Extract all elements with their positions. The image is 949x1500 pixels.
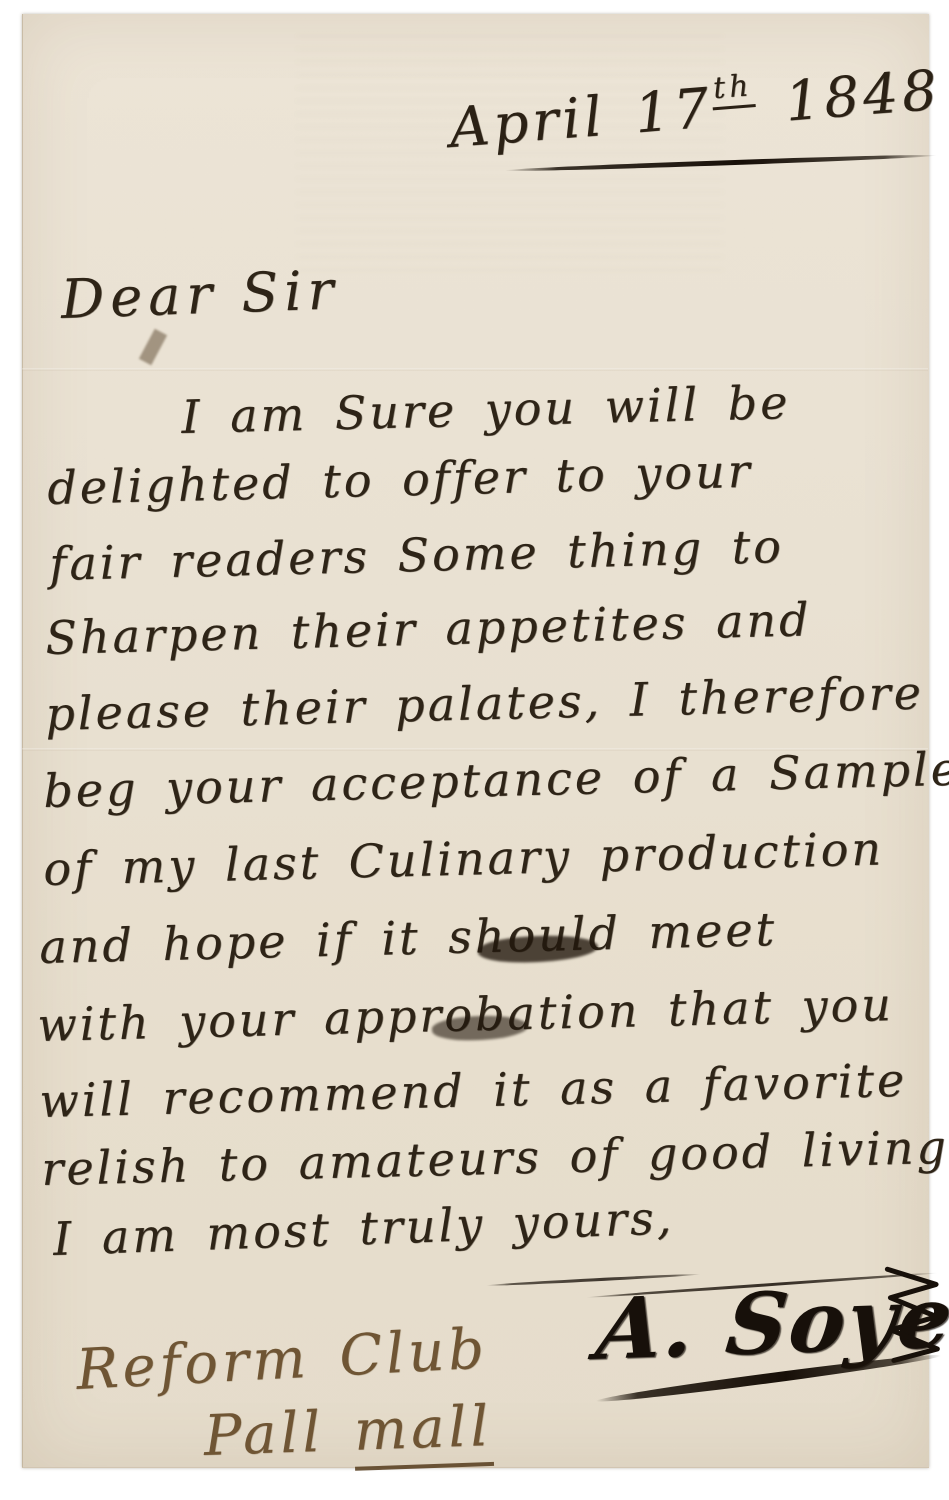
date-ordinal: th <box>710 68 756 110</box>
paper-crease <box>22 368 928 371</box>
address-line-2: Pall mall <box>203 1394 494 1469</box>
letter-photo: April 17th 1848 Dear Sir I am Sure you w… <box>0 0 949 1500</box>
date-year: 1848 <box>783 58 944 134</box>
salutation: Dear Sir <box>60 258 341 331</box>
address-line-2-word-2: mall <box>353 1394 494 1471</box>
address-line-2-word-1: Pall <box>203 1400 326 1469</box>
